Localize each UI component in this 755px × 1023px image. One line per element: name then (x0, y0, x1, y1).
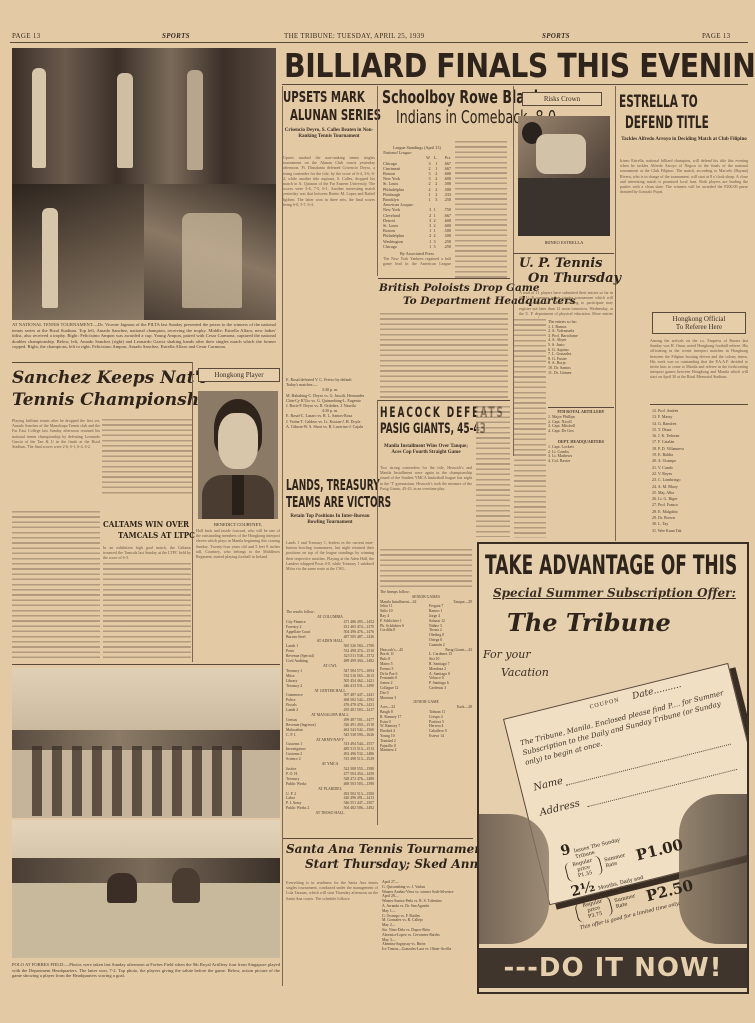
american-standings-table: New York31.750 Cleveland21.667 Detroit32… (383, 207, 451, 249)
caltams-headline-1: CALTAMS WIN OVER (103, 520, 189, 530)
field (12, 883, 280, 958)
results-table: Commerce507 487 447—1441 Police468 582 5… (286, 693, 374, 713)
list-item: 4. Col. Baxter (548, 459, 614, 464)
offer-1-rate-label: Summer Rate (604, 851, 634, 869)
results-table: Treasury 1547 584 573—1694 Mitra532 516 … (286, 669, 374, 689)
lands-body: Lands 1 and Treasury 1, leaders in the c… (286, 540, 374, 608)
polo-photo-caption: POLO AT FORBES FIELD:—Photos were taken … (12, 962, 280, 979)
section-rule (283, 838, 473, 839)
offer-2-rate-label: Summer Rate (614, 892, 644, 910)
heacock-body: Two strong contenders for the title, Hea… (380, 465, 472, 545)
column-rule (377, 400, 378, 825)
santa-ana-schedule: April 27— G. Quisumbing vs. J. Varlan Wi… (382, 880, 474, 952)
caltams-body: In an exhibition high goal match, the Ca… (103, 545, 191, 561)
santa-ana-headline-1: Santa Ana Tennis Tournament To (286, 842, 508, 856)
ad-tagline-1: For your (483, 648, 531, 661)
tribune-logo: The Tribune (507, 608, 671, 637)
billiard-table (518, 178, 610, 236)
polo-headline-1: British Poloists Drop Game (379, 282, 540, 294)
basketball-lineups: The lineups follow: SENIOR GAMES Manila … (380, 590, 472, 753)
up-tennis-headline-1: U. P. Tennis (519, 256, 602, 271)
tree-line-2 (12, 858, 280, 883)
section-label-left: SPORTS (162, 32, 190, 40)
figure-silhouette (32, 68, 46, 168)
santa-ana-body: Everything is in readiness for the Santa… (286, 880, 378, 980)
courtney-caption-name: BENEDICT COURTNEY, (198, 522, 278, 527)
banner-headline: BILLIARD FINALS THIS EVENING (284, 46, 755, 85)
courtney-photo (198, 391, 278, 519)
coupon-address-field[interactable]: Address (539, 798, 581, 819)
up-entries-list: The entries so far: 1. I. Ramos 2. A. Va… (548, 320, 613, 375)
caltams-body-continued (103, 562, 191, 660)
section-label-right: SPORTS (542, 32, 570, 40)
list-item: 4. Capt. De Gex (548, 429, 614, 434)
ad-headline: TAKE ADVANTAGE OF THIS (485, 550, 737, 581)
list-item: 11. Dr. Gómez (548, 371, 613, 376)
results-table: Lands 1565 526 584—1700 Posts532 498 474… (286, 644, 374, 664)
section-rule (378, 278, 510, 279)
polo-photo (12, 668, 280, 958)
do-it-now-banner[interactable]: ---DO IT NOW! (479, 948, 747, 988)
figure-group (182, 213, 242, 308)
results-table: City Finance471 486 495—1452 Forestry 24… (286, 620, 374, 640)
caltams-headline-2: TAMCALS AT LTPC (118, 531, 195, 541)
polo-player-action (172, 868, 200, 903)
sanchez-body: Playing brilliant tennis after he droppe… (12, 418, 100, 508)
page-number-right: PAGE 13 (702, 32, 731, 40)
tennis-photo-caption: AT NATIONAL TENNIS TOURNAMENT.—Dr. Vicen… (12, 322, 276, 350)
heacock-body-continued (476, 405, 510, 537)
heacock-body-continued-2 (380, 548, 472, 588)
polo-player-action (107, 873, 137, 903)
estrella-photo-caption: IRINEO ESTRELLA (518, 240, 610, 245)
subscription-advertisement[interactable]: TAKE ADVANTAGE OF THIS Special Summer Su… (477, 542, 749, 994)
hongkong-official-body: Among the arrivals on the s.s. Empress o… (650, 338, 748, 400)
column-rule (192, 362, 193, 662)
league-standings: League Standings (April 23) National Lea… (383, 145, 451, 268)
bowling-results: The results follow: AT COLUMBIA City Fin… (286, 610, 374, 816)
hongkong-official-title-1: Hongkong Official (653, 315, 745, 323)
section-rule (12, 664, 280, 665)
estrella-body: Irineo Estrella, national billiard champ… (620, 158, 748, 308)
page-number-left: PAGE 13 (12, 32, 41, 40)
game-2-players: Borch 11Bulo 8Mateo 5Frenzo 3De la Paz 6… (380, 652, 472, 700)
game-1-players: Jebia 11Stilts 10Ray 4P. Schlichter 1Ph.… (380, 604, 472, 647)
sanchez-body-continued-2 (12, 510, 100, 660)
lands-subhead: Retain Top Positions In Inter-Bureau Bow… (286, 514, 374, 526)
polo-continued-text (514, 318, 546, 538)
banner-rule (282, 84, 748, 85)
heacock-headline-2: PASIG GIANTS, 45-43 (380, 421, 486, 437)
photo-top-row (12, 48, 276, 184)
section-rule (12, 362, 192, 363)
column-rule (615, 86, 616, 541)
coupon-text: The Tribune, Manila. Enclosed please fin… (519, 688, 730, 768)
rowe-body-text (455, 140, 507, 280)
standings-row: Chicago13.250 (383, 244, 451, 249)
results-table: U. P. 2492 502 513—1500 Labor426 496 491… (286, 792, 374, 812)
ad-tagline-2: Vacation (501, 666, 549, 679)
courtney-body: Half back and inside forward, who will b… (196, 528, 280, 662)
rowe-lead: The New York Yankees regained a half gam… (383, 256, 451, 268)
hongkong-official-title-2: To Referee Here (653, 323, 745, 331)
offer-2-qty: 2½ (569, 879, 596, 900)
sky (12, 668, 280, 738)
estrella-headline-2: DEFEND TITLE (625, 113, 709, 133)
upsets-headline-2: ALUNAN SERIES (290, 106, 381, 124)
face (218, 413, 258, 469)
hand-illustration-left (479, 814, 549, 944)
section-rule (548, 407, 614, 408)
hongkong-player-box: Hongkong Player (198, 368, 280, 382)
game-3-players: Baugh 8R. Ramsey 17Estra 0W. Ramsey 7Ebr… (380, 710, 472, 753)
upsets-headline-1: UPSETS MARK (283, 88, 365, 106)
lands-headline-1: LANDS, TREASURY (286, 476, 380, 494)
national-standings-table: W.L.Pct. Chicago31.667 Cincinnati21.667 … (383, 155, 451, 202)
list-item: A. Gibson-W. S. Short vs. R. Lucerino-J.… (286, 424, 374, 429)
results-table: Census499 487 501—1477 Revenue (Ingresos… (286, 718, 374, 738)
estrella-subhead: Tackles Alfredo Arroyo in Deciding Match… (620, 137, 748, 143)
estrella-headline-1: ESTRELLA TO (619, 92, 698, 112)
venue-header: AT TROSO HALL (286, 811, 374, 816)
section-rule (514, 253, 614, 254)
list-item: 31. Wee Kuan Tak (652, 528, 748, 534)
column-rule (377, 86, 378, 276)
results-table: Justice522 508 555—1580 P. O. H.477 504 … (286, 767, 374, 787)
upsets-body: Upsets marked the non-ranking tennis sin… (283, 155, 375, 305)
tennis-tournament-photo (12, 48, 276, 320)
estrella-billiard-photo (518, 116, 610, 236)
figure-silhouette (117, 73, 133, 168)
figure-silhouette (42, 208, 58, 308)
up-tennis-body: A total of 11 players have submitted the… (519, 290, 613, 318)
section-rule (378, 400, 510, 401)
risks-crown-box: Risks Crown (522, 92, 602, 106)
horses-and-riders (32, 746, 252, 816)
coupon-name-field[interactable]: Name (532, 776, 564, 794)
upsets-subhead: Crisencio Deyro, S. Calles Beaten in Non… (283, 128, 375, 140)
tie (232, 475, 244, 515)
column-rule (282, 86, 283, 986)
sanchez-headline-2: Tennis Championship (12, 390, 217, 410)
lands-headline-2: TEAMS ARE VICTORS (286, 493, 391, 511)
polo-body (380, 312, 508, 400)
section-rule (650, 404, 748, 405)
hand-illustration-right (679, 794, 747, 944)
polo-lineups: 9TH ROYAL ARTILLERY 1. Major Phillips 2.… (548, 410, 614, 464)
up-tennis-headline-2: On Thursday (528, 271, 621, 286)
entries-list-continued: 12. Prof. Andrés 13. F. Massy 14. G. Ram… (652, 408, 748, 534)
coupon-label: COUPON (589, 697, 620, 710)
tennis-match-schedule: E. Rosal defeated V. C. Freixo by defaul… (286, 377, 374, 429)
newspaper-dateline: THE TRIBUNE: TUESDAY, APRIL 25, 1939 (284, 32, 424, 40)
results-table: Customs 1513 494 544—1557 Investigators4… (286, 742, 374, 762)
coupon-date-field[interactable]: Date.......... (631, 680, 682, 702)
list-item: Ice Tinson—Gonzales-Lara vs. Oñate-Arcil… (382, 947, 474, 952)
sanchez-headline-1: Sanchez Keeps Nat'l (12, 368, 206, 388)
figure-silhouette (187, 70, 203, 170)
hongkong-official-box: Hongkong Official To Referee Here (652, 312, 746, 334)
masthead-rule (10, 42, 748, 43)
photo-bottom-left (12, 184, 144, 320)
sanchez-body-continued (102, 418, 192, 496)
ad-subhead: Special Summer Subscription Offer: (493, 586, 736, 600)
player-shirt (536, 134, 586, 174)
heacock-subhead: Manila Installment Wins Over Tanque; Ace… (380, 444, 472, 456)
